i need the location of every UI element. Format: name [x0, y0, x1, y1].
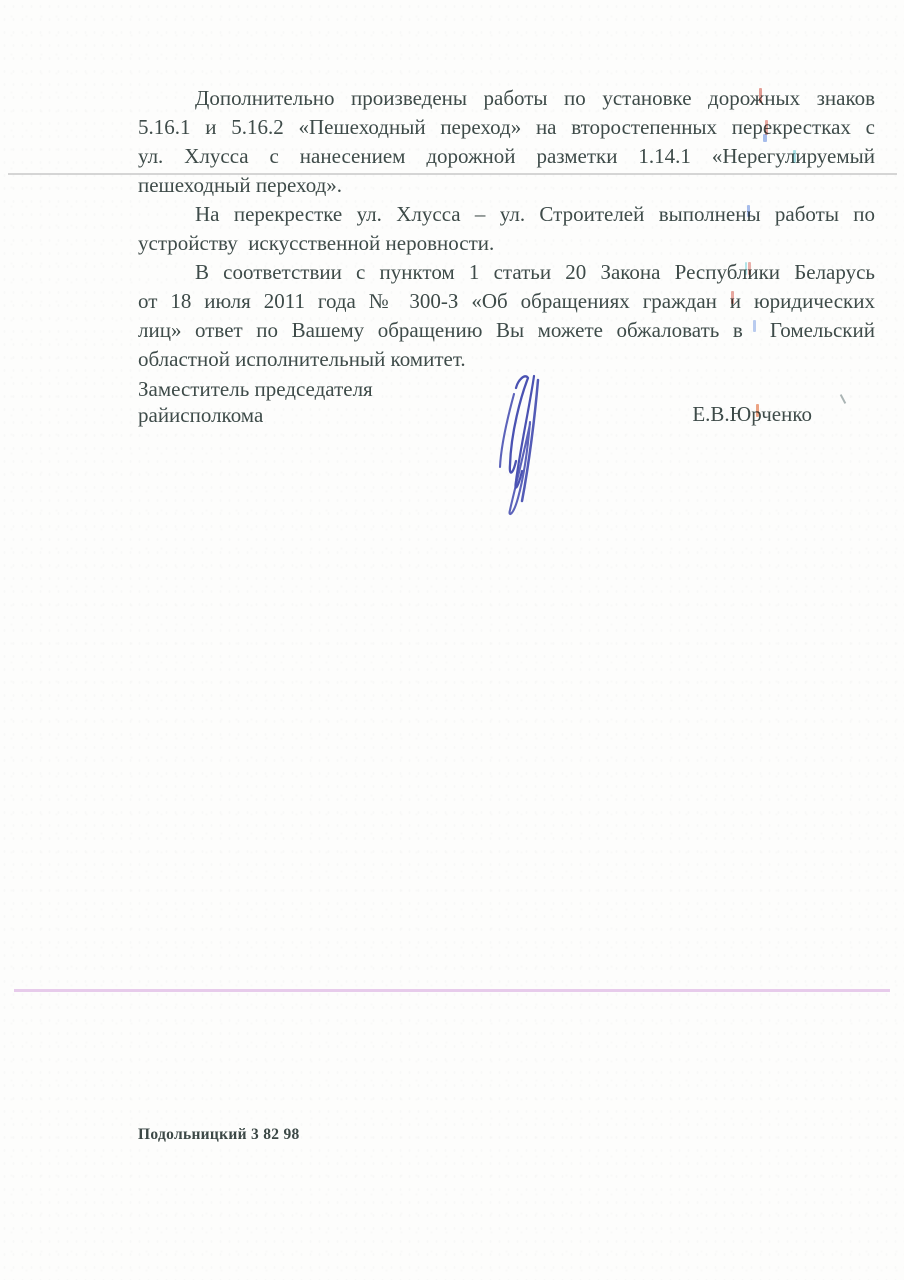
handwritten-signature-icon: [487, 370, 551, 522]
letter-paragraphs: Дополнительно произведены работы по уста…: [138, 84, 875, 374]
paragraph-line: ул. Хлусса с нанесением дорожной разметк…: [138, 142, 875, 171]
paragraph-line: пешеходный переход».: [138, 171, 875, 200]
signer-name: Е.В.Юрченко: [692, 401, 812, 427]
paragraph-line: лиц» ответ по Вашему обращению Вы можете…: [138, 316, 875, 345]
executor-footer: Подольницкий 3 82 98: [138, 1126, 300, 1144]
paragraph-line: устройству искусственной неровности.: [138, 229, 875, 258]
paragraph-line: Дополнительно произведены работы по уста…: [138, 84, 875, 113]
scanned-letter-page: Дополнительно произведены работы по уста…: [0, 0, 904, 1280]
scan-streak-pink-streak: [14, 989, 890, 992]
paragraph-line: 5.16.1 и 5.16.2 «Пешеходный переход» на …: [138, 113, 875, 142]
paragraph-line: от 18 июля 2011 года № 300-З «Об обращен…: [138, 287, 875, 316]
paragraph-line: В соответствии с пунктом 1 статьи 20 Зак…: [138, 258, 875, 287]
paragraph-line: На перекрестке ул. Хлусса – ул. Строител…: [138, 200, 875, 229]
